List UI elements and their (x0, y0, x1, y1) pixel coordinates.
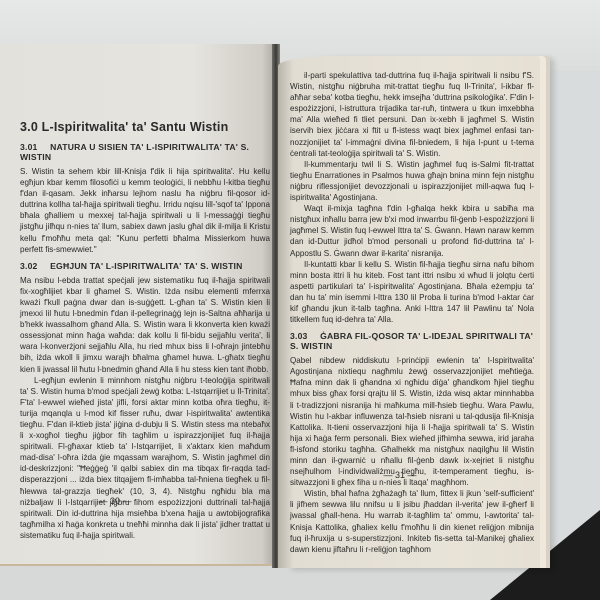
section-number: 3.03 (290, 331, 308, 341)
page-number: — 30 — (0, 496, 230, 506)
paragraph: L-egħjun ewlenin li minnhom nistgħu niġb… (20, 375, 270, 541)
paragraph: Wistin, bħal ħafna żgħażagħ ta' llum, fi… (290, 488, 534, 555)
paragraph: Waqt il-mixja tagħna f'din l-għalqa hekk… (290, 203, 534, 258)
chapter-title: 3.0 L-Ispiritwalita' ta' Santu Wistin (20, 120, 270, 134)
section-heading-3-02: 3.02 EGĦJUN TA' l-ISPIRITWALITA' TA' S. … (20, 261, 270, 271)
section-title: NATURA U SISIEN TA' L-ISPIRITWALITA' TA'… (20, 142, 249, 162)
paragraph: il-parti spekulattiva tad-duttrina fuq i… (290, 70, 534, 159)
right-page: il-parti spekulattiva tad-duttrina fuq i… (278, 56, 540, 568)
paragraph: Qabel nibdew niddiskutu l-prinċipji ewle… (290, 355, 534, 488)
section-title: EGĦJUN TA' l-ISPIRITWALITA' TA' S. WISTI… (50, 261, 242, 271)
paragraph: Il-kuntatti kbar li kellu S. Wistin fil-… (290, 259, 534, 326)
section-number: 3.01 (20, 142, 38, 152)
page-number: — 31 — (278, 470, 522, 480)
paragraph: Il-kummentarju twil li S. Wistin jagħmel… (290, 159, 534, 203)
section-heading-3-01: 3.01 NATURA U SISIEN TA' L-ISPIRITWALITA… (20, 142, 270, 162)
left-page: 3.0 L-Ispiritwalita' ta' Santu Wistin 3.… (0, 44, 276, 566)
paragraph: S. Wistin ta sehem kbir lill-Knisja f'di… (20, 166, 270, 255)
section-number: 3.02 (20, 261, 38, 271)
section-title: ĠABRA FIL-QOSOR TA' L-IDEJAL SPIRITWALI … (290, 331, 533, 351)
left-page-content: 3.0 L-Ispiritwalita' ta' Santu Wistin 3.… (20, 120, 270, 541)
paragraph: Ma nsibu l-ebda trattat speċjali jew sis… (20, 275, 270, 375)
right-page-content: il-parti spekulattiva tad-duttrina fuq i… (290, 70, 534, 555)
section-heading-3-03: 3.03 ĠABRA FIL-QOSOR TA' L-IDEJAL SPIRIT… (290, 331, 534, 351)
